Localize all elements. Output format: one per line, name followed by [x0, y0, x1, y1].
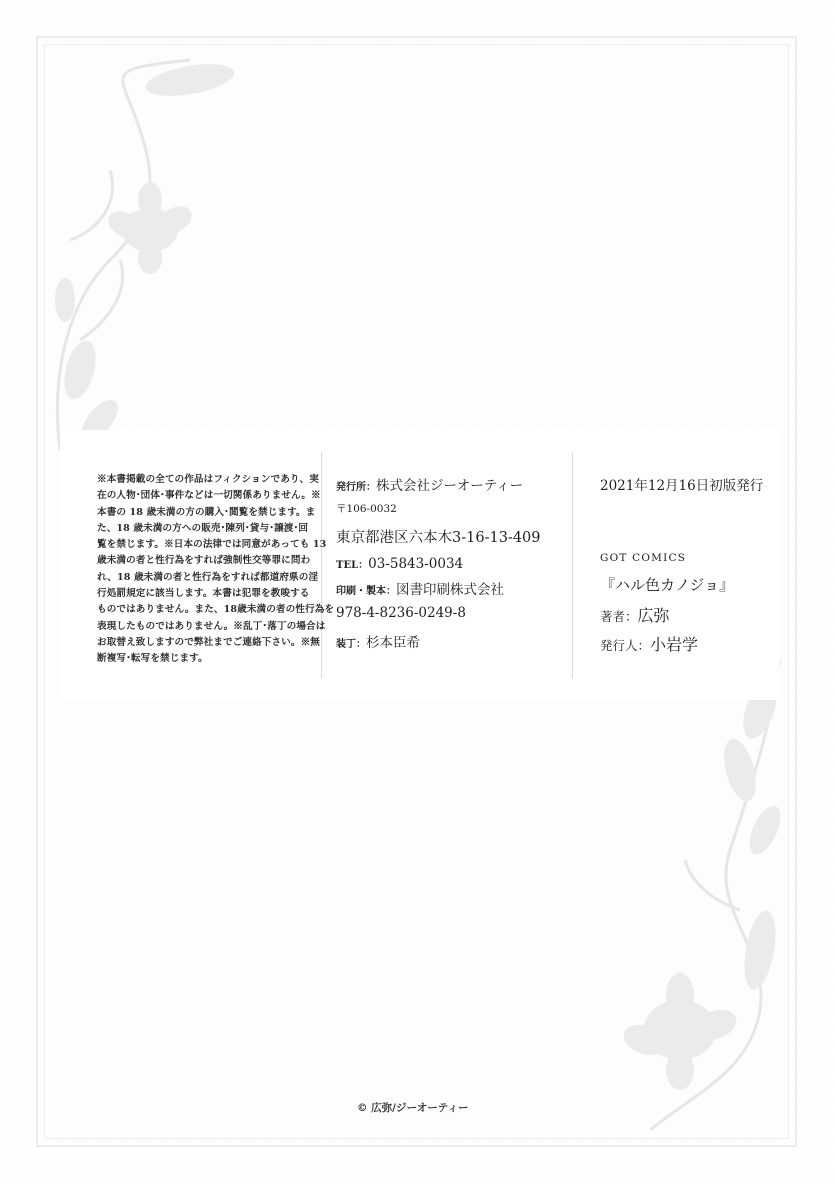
book-title: 『ハル色カノジョ』 — [600, 574, 785, 603]
tel-label: TEL： — [336, 560, 368, 571]
publisher-info: 発行所：株式会社ジーオーティー 〒106-0032 東京都港区六本木3-16-1… — [336, 474, 566, 651]
notice-line: 覧を禁じます。※日本の法律では同意があっても 13 — [97, 537, 303, 553]
notice-line: 表現したものではありません。※乱丁･落丁の場合は — [97, 619, 303, 635]
copyright-notice: © 広弥/ジーオーティー — [357, 1100, 468, 1115]
notice-line: た、18 歳未満の方への販売･陳列･貸与･譲渡･回 — [97, 521, 303, 537]
design-label: 装丁： — [336, 639, 366, 650]
legal-notice: ※本書掲載の全ての作品はフィクションであり、実 在の人物･団体･事件などは一切関… — [97, 472, 303, 668]
tel-number: 03-5843-0034 — [368, 556, 463, 572]
notice-line: 本書の 18 歳未満の方の購入･閲覧を禁じます。ま — [97, 505, 303, 521]
printer-name: 図書印刷株式会社 — [396, 582, 504, 598]
column-divider — [572, 452, 573, 678]
designer-name: 杉本臣希 — [366, 635, 420, 651]
isbn: 978-4-8236-0249-8 — [336, 605, 566, 631]
author-label: 著者： — [600, 609, 638, 624]
notice-line: ものではありません。また、18歳未満の者の性行為を — [97, 602, 303, 618]
issuer-name: 小岩学 — [650, 635, 698, 654]
publisher-label: 発行所： — [336, 482, 376, 493]
issuer-label: 発行人： — [600, 638, 650, 653]
notice-line: 在の人物･団体･事件などは一切関係ありません。※ — [97, 488, 303, 504]
author-name: 広弥 — [638, 606, 670, 625]
printer-label: 印刷・製本： — [336, 586, 396, 597]
notice-line: ※本書掲載の全ての作品はフィクションであり、実 — [97, 472, 303, 488]
notice-line: お取替え致しますので弊社までご連絡下さい。※無 — [97, 635, 303, 651]
postal-code: 〒106-0032 — [336, 501, 566, 526]
printer-row: 印刷・製本：図書印刷株式会社 — [336, 578, 566, 605]
publisher-row: 発行所：株式会社ジーオーティー — [336, 474, 566, 501]
book-info: 2021年12月16日初版発行 GOT COMICS 『ハル色カノジョ』 著者：… — [600, 474, 785, 661]
author-row: 著者：広弥 — [600, 603, 785, 632]
notice-line: 歳未満の者と性行為をすれば強制性交等罪に問わ — [97, 553, 303, 569]
tel-row: TEL：03-5843-0034 — [336, 553, 566, 578]
notice-line: 断複写･転写を禁じます。 — [97, 651, 303, 667]
column-divider — [321, 452, 322, 678]
series-name: GOT COMICS — [600, 552, 785, 574]
publisher-name: 株式会社ジーオーティー — [376, 478, 523, 494]
design-row: 装丁：杉本臣希 — [336, 631, 566, 651]
notice-line: 行処罰規定に該当します。本書は犯罪を教唆する — [97, 586, 303, 602]
address: 東京都港区六本木3-16-13-409 — [336, 526, 566, 553]
publication-date: 2021年12月16日初版発行 — [600, 474, 785, 552]
issuer-row: 発行人：小岩学 — [600, 632, 785, 661]
notice-line: れ、18 歳未満の者と性行為をすれば都道府県の淫 — [97, 570, 303, 586]
